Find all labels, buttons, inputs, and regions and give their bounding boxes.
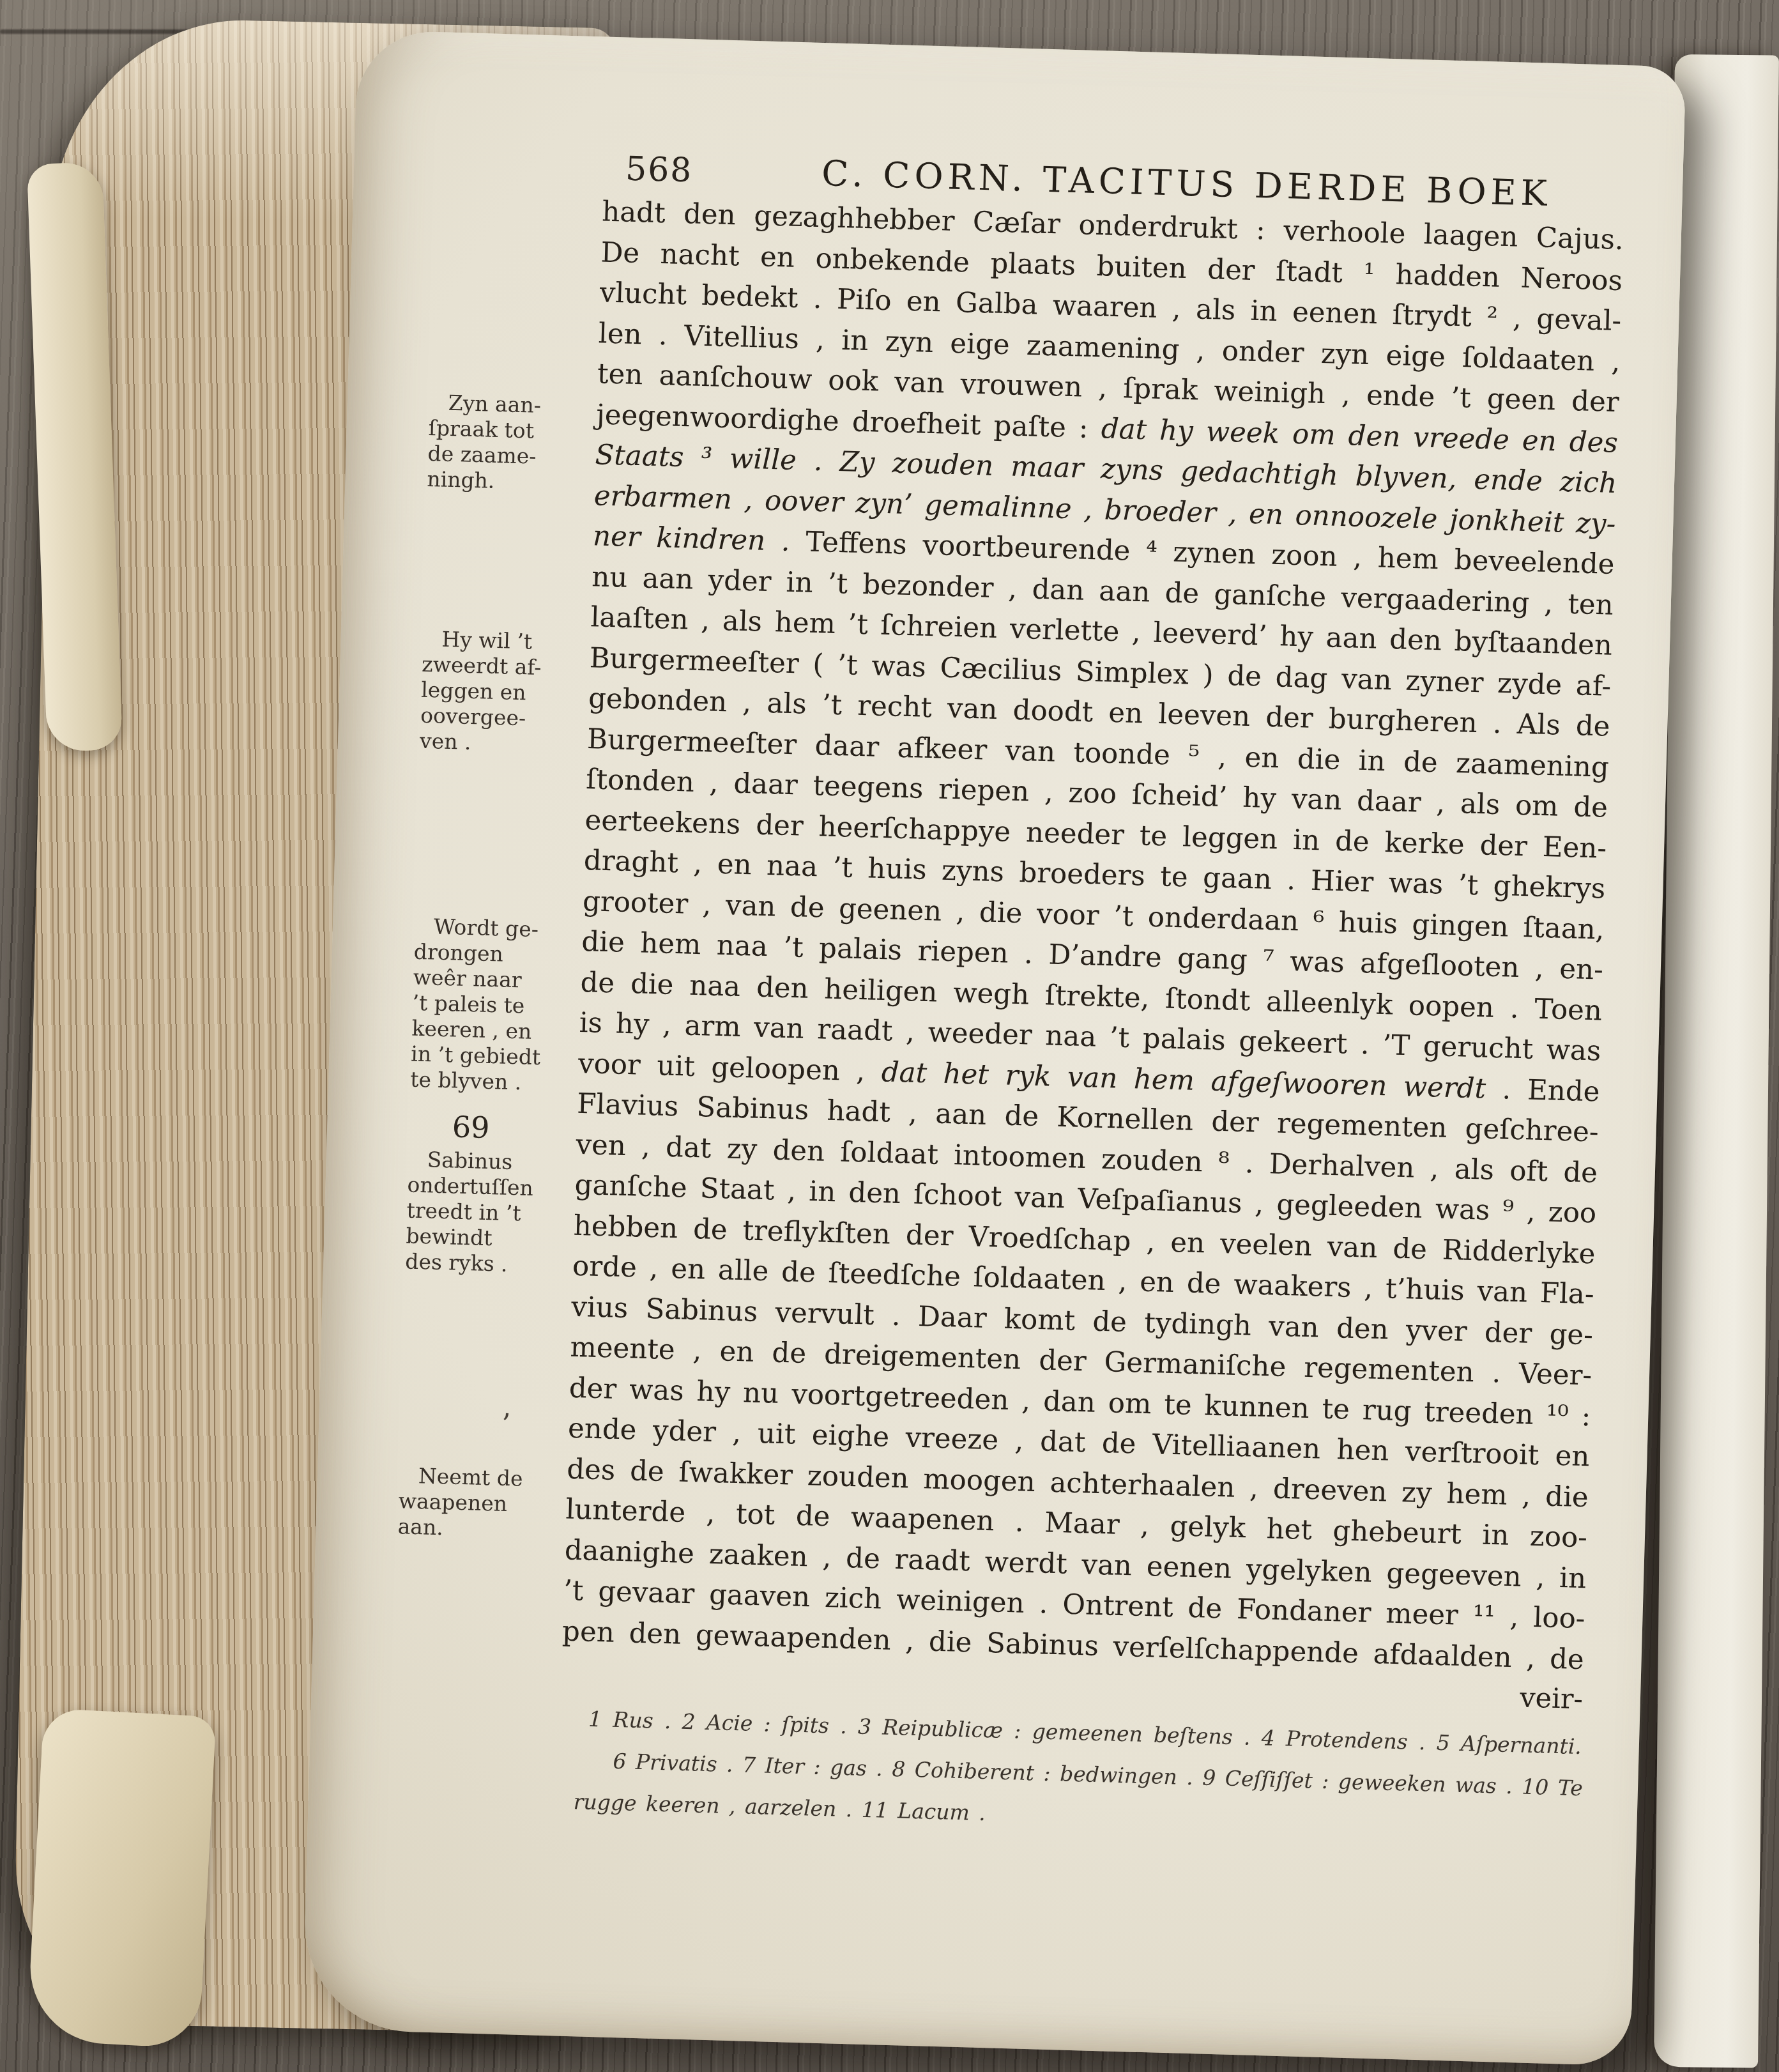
book-open-page: 568 C. CORN. TACITUS DERDE BOEK Zyn aan-… bbox=[302, 30, 1686, 2066]
margin-note-line: ningh. bbox=[427, 466, 597, 496]
stray-mark: ’ bbox=[501, 1408, 540, 1442]
vellum-fragment-bottom bbox=[27, 1708, 217, 2048]
margin-note: Sabinusondertuſſentreedt in ’tbewindtdes… bbox=[405, 1147, 578, 1279]
margin-note: Zyn aan-ſpraak totde zaame-ningh. bbox=[427, 390, 599, 496]
margin-note-line: ven . bbox=[420, 728, 590, 758]
margin-note: Hy wil ’tzweerdt af-leggen enoovergee-ve… bbox=[420, 626, 593, 758]
margin-note-line: aan. bbox=[397, 1514, 568, 1544]
body-text: hadt den gezaghhebber Cæſar onderdrukt :… bbox=[561, 192, 1624, 1680]
margin-note: Wordt ge-drongenweêr naar’t paleis tekee… bbox=[410, 914, 585, 1097]
book-photo: { "scene": { "description_labels": { "su… bbox=[0, 0, 1779, 2072]
margin-note: Neemt dewaapenenaan. bbox=[397, 1462, 569, 1544]
text-segment: . Ende bbox=[1485, 1073, 1600, 1108]
margin-note-line: te blyven . bbox=[410, 1067, 581, 1097]
section-number: 69 bbox=[410, 1109, 532, 1146]
text-segment: ner kindren . bbox=[592, 520, 790, 558]
margin-note-line: des ryks . bbox=[405, 1248, 576, 1278]
text-segment: voor uit geloopen , bbox=[577, 1047, 882, 1087]
margin-note-line: ’ bbox=[501, 1408, 540, 1442]
catchword: veir- bbox=[1520, 1682, 1584, 1715]
margin-note-line: 69 bbox=[410, 1109, 532, 1146]
